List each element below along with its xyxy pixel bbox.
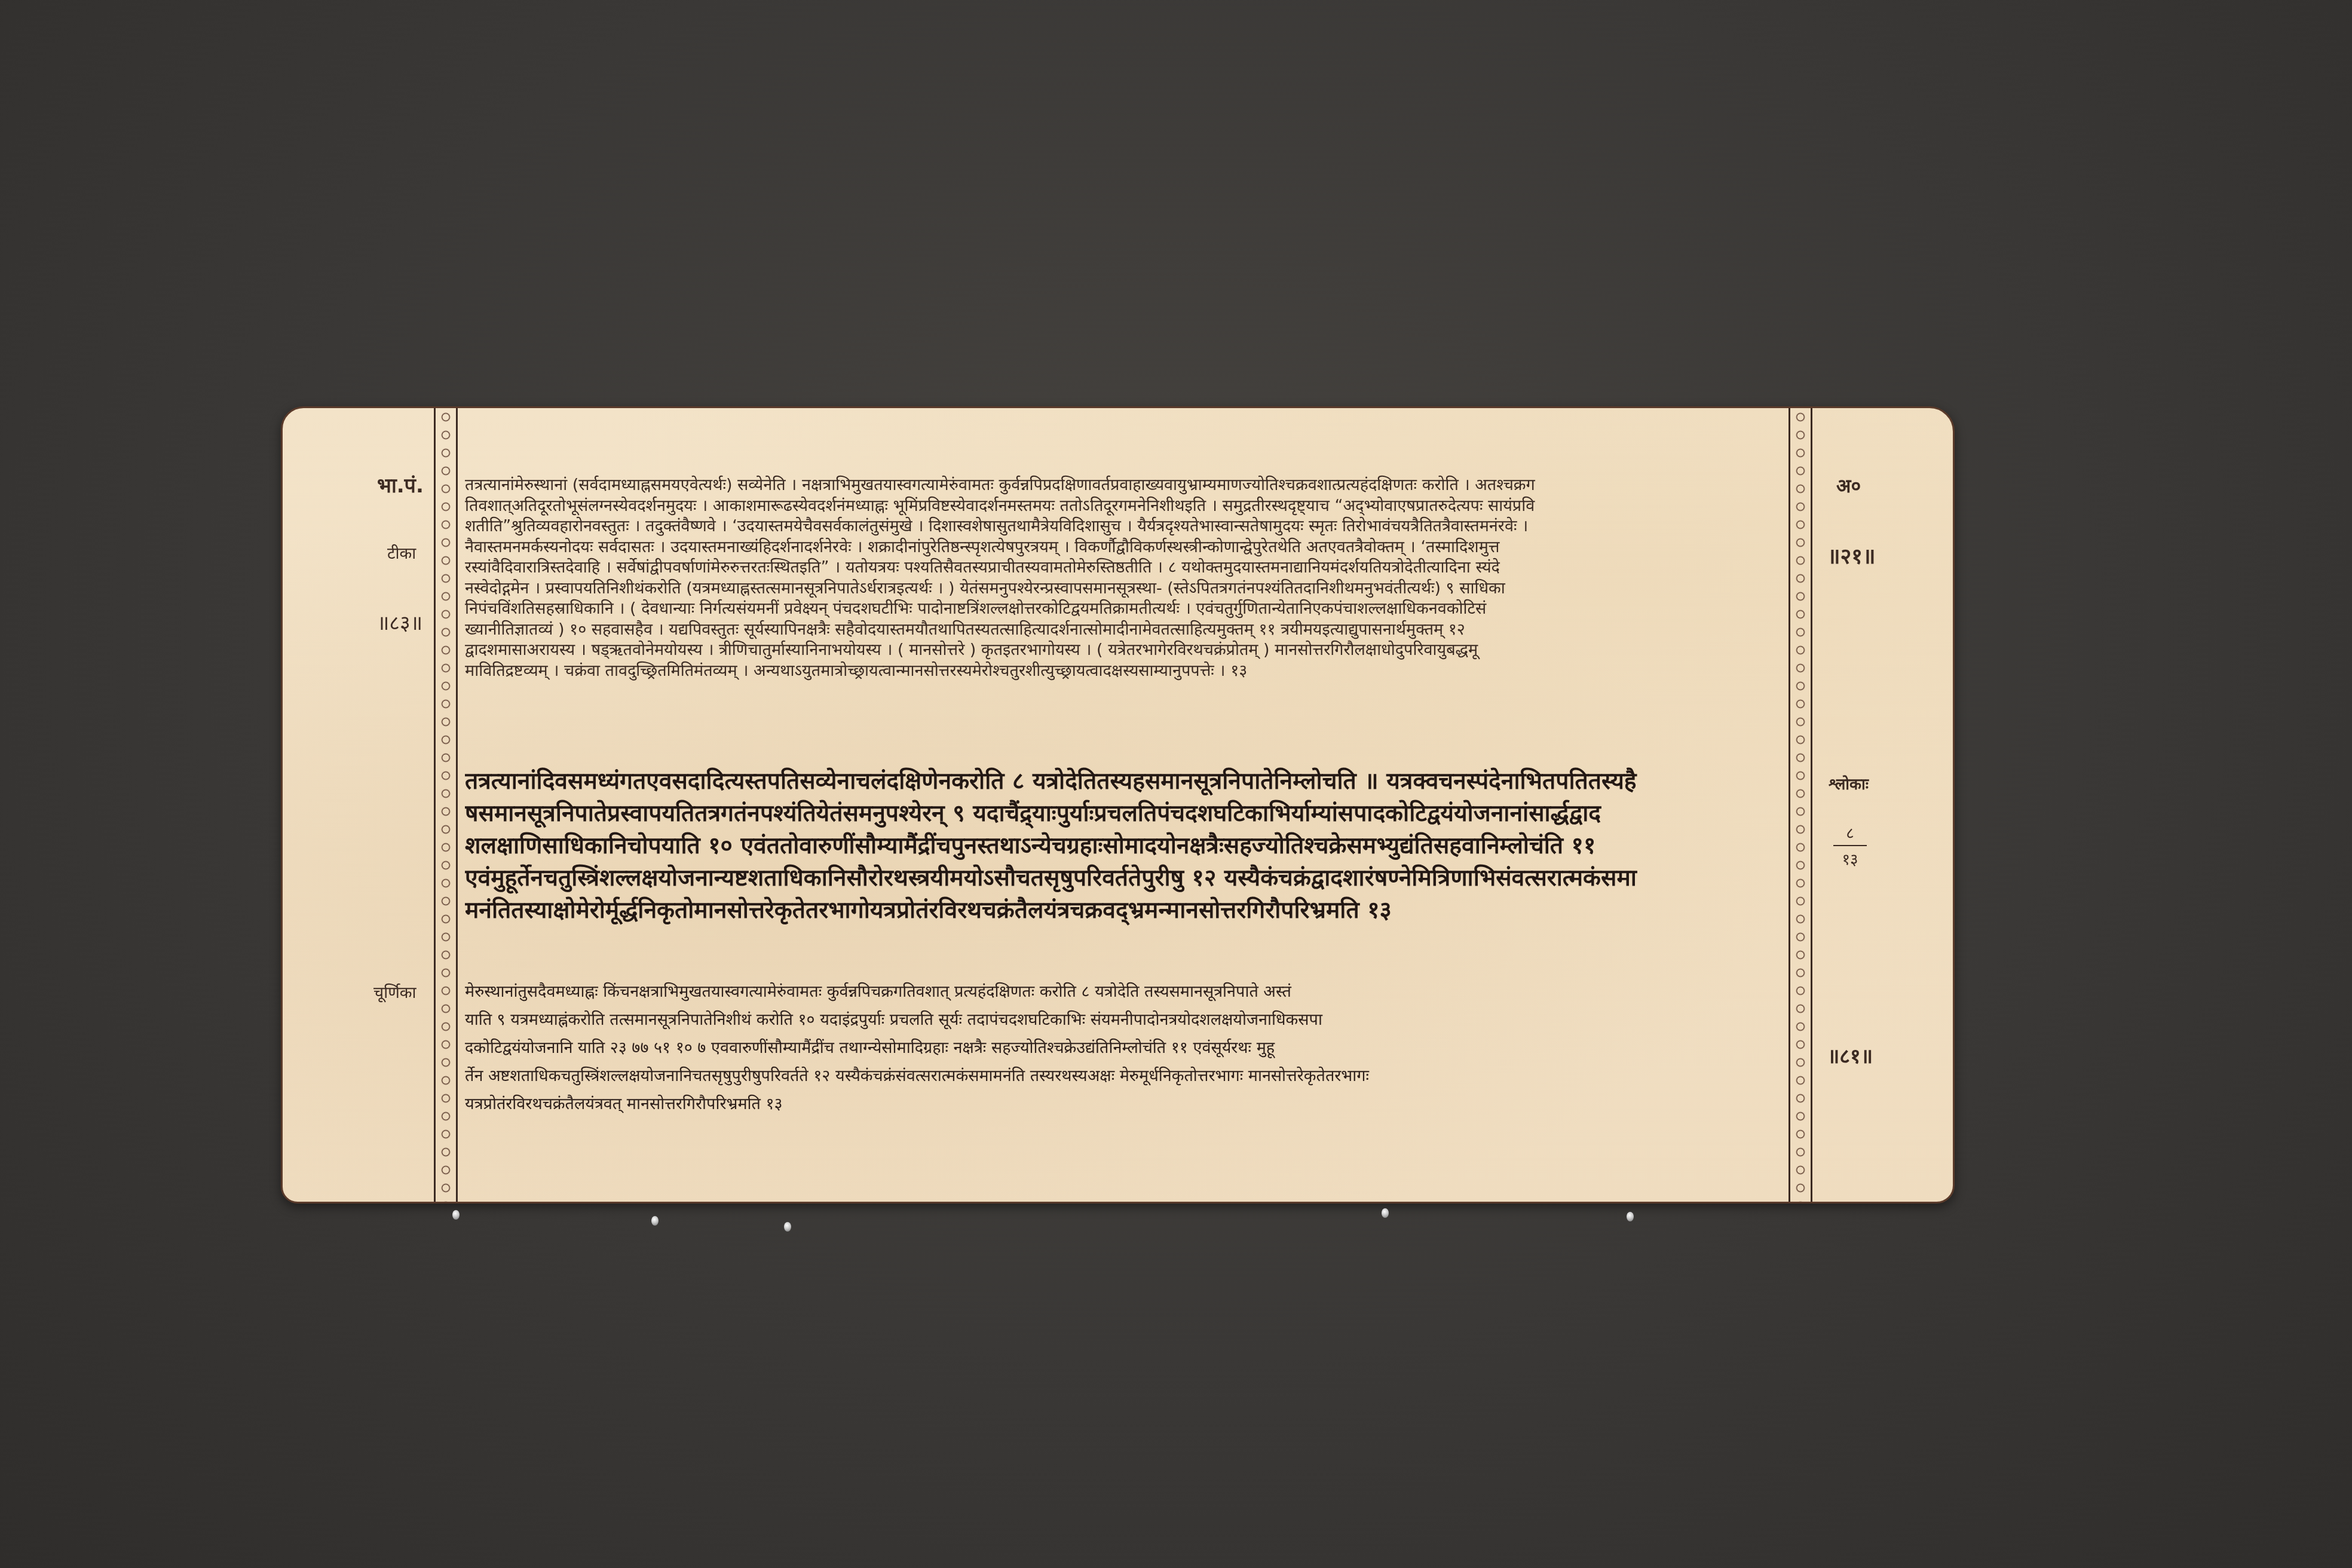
right-margin-folio-number: ॥८१॥ [1827, 1042, 1873, 1069]
commentary-line: नस्वेदोद्गमेन । प्रस्वापयतिनिशीथंकरोति (… [465, 578, 1780, 599]
verse-range-fraction: ८ १३ [1829, 822, 1871, 869]
left-margin-page-number: ॥८३॥ [377, 608, 422, 636]
churnika-line: र्तेन अष्टशताधिकचतुस्त्रिंशल्लक्षयोजनानि… [465, 1062, 1783, 1090]
commentary-line: रस्यांवैदिवारात्रिस्तदेवाहि । सर्वेषांद्… [465, 558, 1780, 578]
verse-line: मनंतितस्याक्षोमेरोर्मूर्द्धनिकृतोमानसोत्… [465, 895, 1783, 927]
mounting-pin [452, 1210, 460, 1220]
mounting-pin [651, 1216, 659, 1226]
verse-line: शलक्षाणिसाधिकानिचोपयाति १० एवंततोवारुणीं… [465, 830, 1783, 862]
verses-block: तत्रत्यानांदिवसमध्यंगतएवसदादित्यस्तपतिसव… [465, 765, 1783, 927]
verse-range-from: ८ [1846, 825, 1854, 843]
right-margin-verses-label: श्लोकाः [1829, 773, 1869, 794]
verse-range-to: १३ [1842, 851, 1858, 869]
right-margin-chapter-label: अ० [1836, 473, 1861, 498]
fraction-bar [1833, 845, 1867, 846]
left-ornamental-border [434, 408, 458, 1202]
churnika-line: दकोटिद्वयंयोजनानि याति २३ ७७ ५१ १० ७ एवव… [465, 1034, 1783, 1062]
verse-line: एवंमुहूर्तेनचतुस्त्रिंशल्लक्षयोजनान्यष्ट… [465, 862, 1783, 895]
commentary-line: ख्यानीतिज्ञातव्यं ) १० सहवासहैव । यद्यपि… [465, 620, 1780, 641]
churnika-block: मेरुस्थानांतुसदैवमध्याह्नः किंचनक्षत्राभ… [465, 978, 1783, 1118]
mounting-pin [1627, 1212, 1634, 1221]
mounting-pin [784, 1222, 791, 1232]
commentary-line: निपंचविंशतिसहस्राधिकानि । ( देवधान्याः न… [465, 599, 1780, 620]
churnika-line: यत्रप्रोतंरविरथचक्रंतैलयंत्रवत् मानसोत्त… [465, 1090, 1783, 1118]
manuscript-page: भा.पं. टीका ॥८३॥ चूर्णिका तत्रत्यानांमेर… [281, 406, 1955, 1203]
commentary-line: मावितिद्रष्टव्यम् । चक्रंवा तावदुच्छ्रित… [465, 661, 1780, 682]
commentary-block: तत्रत्यानांमेरुस्थानां (सर्वदामध्याह्नसम… [465, 475, 1780, 681]
left-margin-churnika-label: चूर्णिका [373, 981, 416, 1003]
right-ornamental-border [1788, 408, 1812, 1202]
mounting-pin [1382, 1208, 1389, 1218]
commentary-line: द्वादशमासाअरायस्य । षड्ऋतवोनेमयोयस्य । त… [465, 640, 1780, 661]
left-margin-top-label: भा.पं. [377, 471, 424, 498]
commentary-line: शतीति”श्रुतिव्यवहारोनवस्तुतः । तदुक्तंवै… [465, 516, 1780, 537]
right-margin-chapter-number: ॥२१॥ [1827, 541, 1876, 570]
verse-line: षसमानसूत्रनिपातेप्रस्वापयतितत्रगतंनपश्यं… [465, 798, 1783, 830]
verse-line: तत्रत्यानांदिवसमध्यंगतएवसदादित्यस्तपतिसव… [465, 765, 1783, 798]
churnika-line: मेरुस्थानांतुसदैवमध्याह्नः किंचनक्षत्राभ… [465, 978, 1783, 1006]
commentary-line: नैवास्तमनमर्कस्यनोदयः सर्वदासतः । उदयास्… [465, 537, 1780, 558]
churnika-line: याति ९ यत्रमध्याह्नंकरोति तत्समानसूत्रनि… [465, 1006, 1783, 1034]
commentary-line: तिवशात्अतिदूरतोभूसंलग्नस्येवदर्शनमुदयः ।… [465, 496, 1780, 517]
left-margin-commentary-label: टीका [387, 541, 416, 563]
commentary-line: तत्रत्यानांमेरुस्थानां (सर्वदामध्याह्नसम… [465, 475, 1780, 496]
